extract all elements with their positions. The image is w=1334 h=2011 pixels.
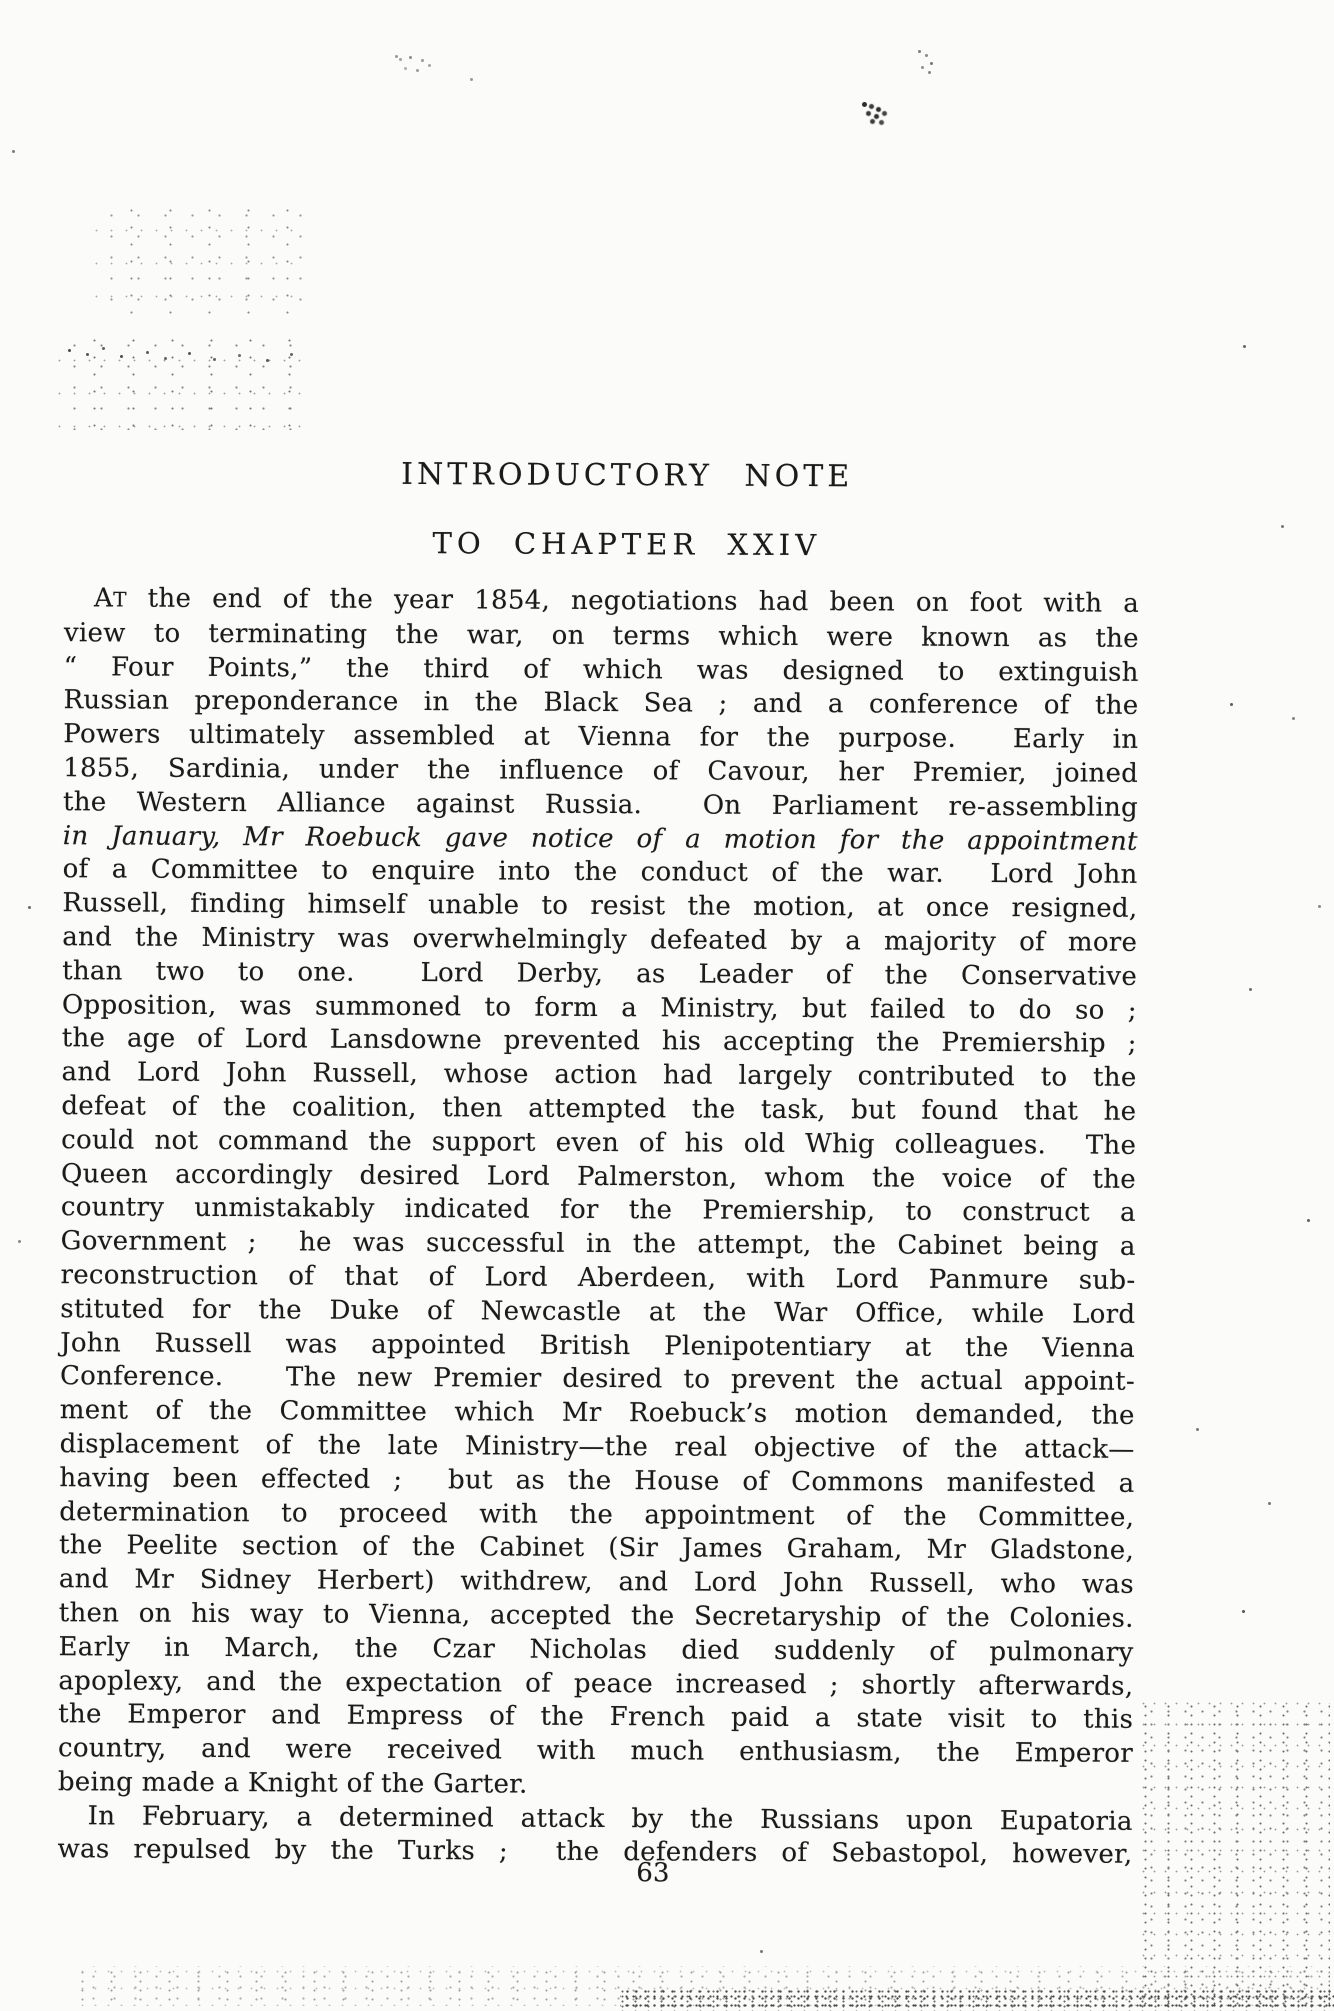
text-line: of a Committee to enquire into the condu… bbox=[63, 854, 1138, 893]
text-line: Opposition, was summoned to form a Minis… bbox=[62, 989, 1137, 1028]
text-line: defeat of the coalition, then attempted … bbox=[61, 1090, 1136, 1129]
small-cap: T bbox=[113, 587, 127, 611]
text-line: Powers ultimately assembled at Vienna fo… bbox=[63, 718, 1138, 757]
text-line: Early in March, the Czar Nicholas died s… bbox=[58, 1631, 1133, 1670]
page-number: 63 bbox=[115, 1855, 1190, 1891]
scanned-page: INTRODUCTORY NOTE TO CHAPTER XXIV AT the… bbox=[0, 0, 1334, 2011]
scan-smudge bbox=[0, 0, 3, 3]
text-line: reconstruction of that of Lord Aberdeen,… bbox=[60, 1259, 1135, 1298]
text-line: stituted for the Duke of Newcastle at th… bbox=[60, 1293, 1135, 1332]
text-line: Conference. The new Premier desired to p… bbox=[60, 1360, 1135, 1399]
text-line: Queen accordingly desired Lord Palmersto… bbox=[61, 1158, 1136, 1197]
text-line: the Western Alliance against Russia. On … bbox=[63, 786, 1138, 825]
text-line: Government ; he was successful in the at… bbox=[61, 1225, 1136, 1264]
text-line: country, and were received with much ent… bbox=[58, 1732, 1133, 1771]
text-line: and the Ministry was overwhelmingly defe… bbox=[62, 921, 1137, 960]
text-line: Russian preponderance in the Black Sea ;… bbox=[63, 685, 1138, 724]
text-line: John Russell was appointed British Pleni… bbox=[60, 1327, 1135, 1366]
text-line: In February, a determined attack by the … bbox=[58, 1800, 1133, 1839]
text-line: “ Four Points,” the third of which was d… bbox=[64, 651, 1139, 690]
text-line: than two to one. Lord Derby, as Leader o… bbox=[62, 955, 1137, 994]
text-line: and Lord John Russell, whose action had … bbox=[61, 1056, 1136, 1095]
text-line: AT the end of the year 1854, negotiation… bbox=[64, 582, 1139, 622]
text-line: view to terminating the war, on terms wh… bbox=[64, 617, 1139, 656]
scan-smudge bbox=[1140, 1700, 1330, 2005]
text-line: apoplexy, and the expectation of peace i… bbox=[58, 1665, 1133, 1704]
text-line: and Mr Sidney Herbert) withdrew, and Lor… bbox=[59, 1563, 1134, 1602]
text-line: country unmistakably indicated for the P… bbox=[61, 1192, 1136, 1231]
page-content: INTRODUCTORY NOTE TO CHAPTER XXIV AT the… bbox=[57, 0, 1143, 2011]
text-line: in January, Mr Roebuck gave notice of a … bbox=[63, 820, 1138, 859]
text-line: Russell, finding himself unable to resis… bbox=[62, 887, 1137, 926]
text-line: then on his way to Vienna, accepted the … bbox=[59, 1597, 1134, 1636]
text-line: displacement of the late Ministry—the re… bbox=[60, 1428, 1135, 1467]
text-line: the age of Lord Lansdowne prevented his … bbox=[62, 1023, 1137, 1062]
text-line: being made a Knight of the Garter. bbox=[58, 1766, 1133, 1805]
text-line: determination to proceed with the appoin… bbox=[59, 1496, 1134, 1535]
text-line: 1855, Sardinia, under the influence of C… bbox=[63, 752, 1138, 791]
text-line: having been effected ; but as the House … bbox=[59, 1462, 1134, 1501]
chapter-subtitle: TO CHAPTER XXIV bbox=[89, 524, 1164, 564]
body-text: AT the end of the year 1854, negotiation… bbox=[57, 582, 1139, 1873]
text-line: ment of the Committee which Mr Roebuck’s… bbox=[60, 1394, 1135, 1433]
text-line: the Peelite section of the Cabinet (Sir … bbox=[59, 1529, 1134, 1568]
text-line: the Emperor and Empress of the French pa… bbox=[58, 1698, 1133, 1737]
page-title: INTRODUCTORY NOTE bbox=[90, 455, 1165, 496]
text-line: could not command the support even of hi… bbox=[61, 1124, 1136, 1163]
